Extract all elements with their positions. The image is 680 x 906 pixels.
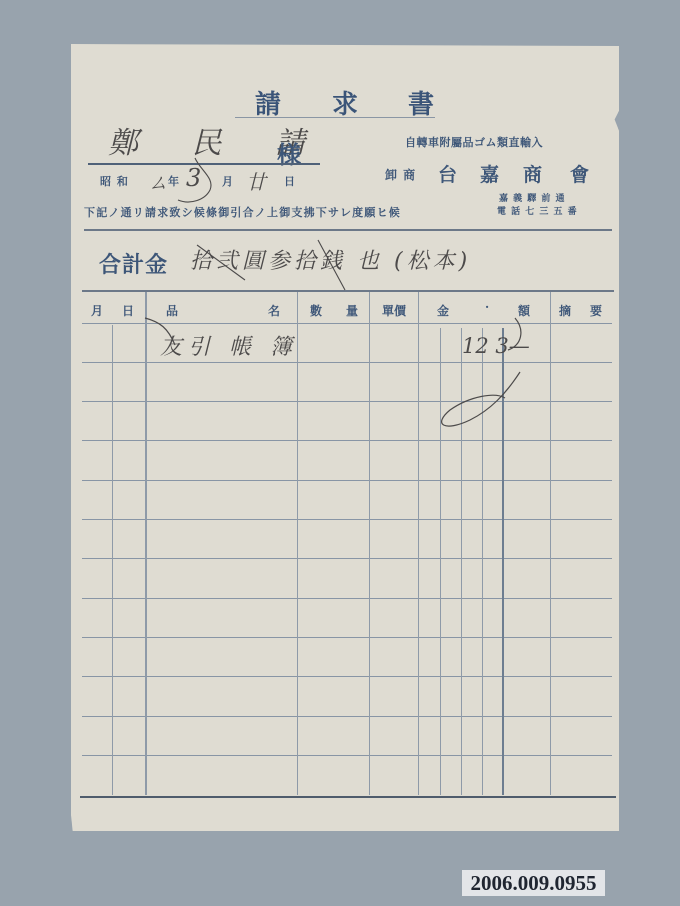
handwriting-strokes	[0, 0, 680, 906]
catalog-number-label: 2006.009.0955	[462, 870, 605, 896]
